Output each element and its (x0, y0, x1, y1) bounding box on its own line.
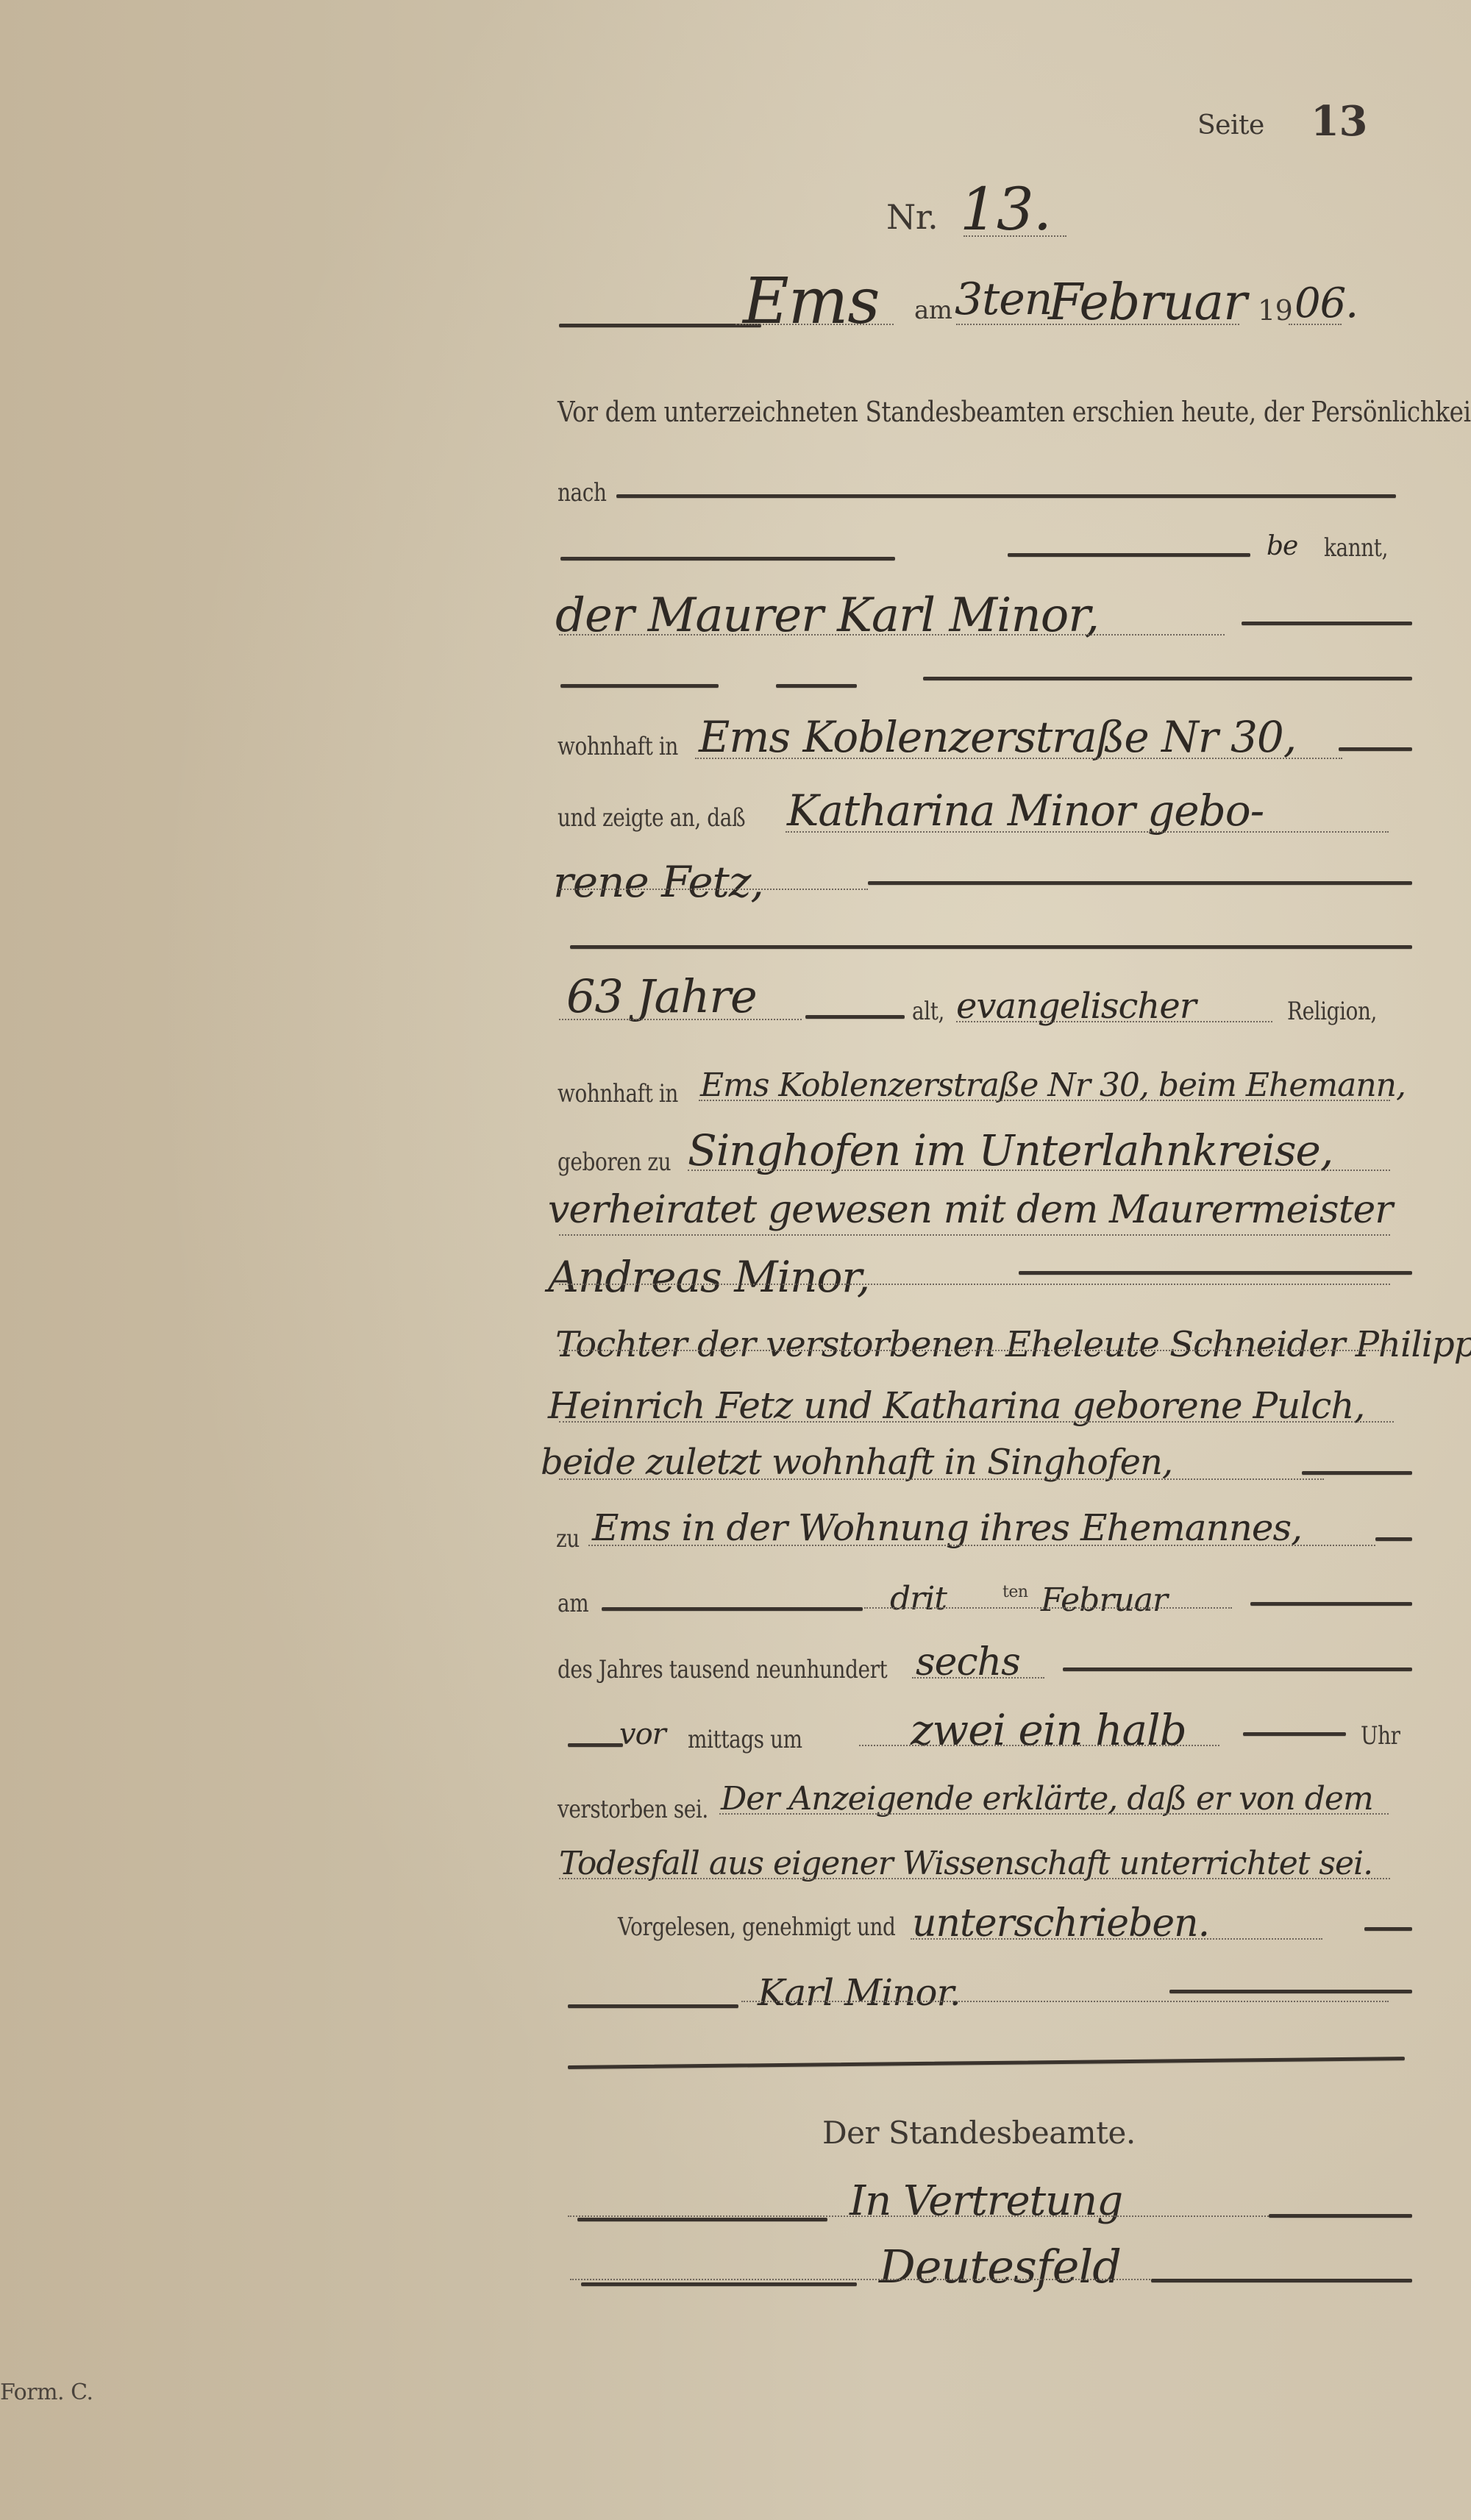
death-date-am-label: am (558, 1589, 588, 1618)
form-label: Form. C. (0, 2380, 93, 2405)
vorgelesen-label: Vorgelesen, genehmigt und (618, 1912, 895, 1942)
registrar-capacity: In Vertretung (850, 2177, 1122, 2225)
religion-field (956, 1021, 1272, 1022)
married-line1-field (559, 1234, 1390, 1236)
married-line1: verheiratet gewesen mit dem Maurermeiste… (548, 1188, 1392, 1232)
kannt-rule-right (1008, 553, 1250, 557)
married-line2-rule (1019, 1271, 1412, 1275)
deceased-name-line1: Katharina Minor gebo- (787, 786, 1264, 836)
vorgelesen-rule (1364, 1927, 1412, 1931)
informant-residence: Ems Koblenzerstraße Nr 30, (699, 712, 1296, 762)
informant-residence-field (695, 758, 1342, 759)
registrar-rule-right-2 (1151, 2279, 1412, 2282)
birthplace: Singhofen im Unterlahnkreise, (688, 1125, 1333, 1175)
geboren-label: geboren zu (558, 1147, 671, 1177)
death-place-zu-label: zu (556, 1524, 580, 1553)
deceased-name-line2-rule (868, 881, 1412, 885)
informant-signature-rule-right (1169, 1990, 1412, 1993)
death-year-label: des Jahres tausend neunhundert (558, 1655, 887, 1684)
blank-rule-1 (560, 684, 719, 688)
nach-label: nach (558, 478, 607, 508)
vorgelesen-field (911, 1938, 1322, 1940)
death-time: zwei ein halb (911, 1705, 1186, 1755)
deceased-residence: Ems Koblenzerstraße Nr 30, beim Ehemann, (700, 1067, 1406, 1104)
date-field (956, 324, 1239, 325)
ten-label: ten (1002, 1583, 1028, 1601)
deceased-name-line2-field (559, 889, 868, 890)
death-year-rule (1063, 1667, 1412, 1671)
registration-day: 3ten (955, 274, 1052, 325)
deceased-age: 63 Jahre (566, 969, 757, 1023)
parents-line3-field (559, 1478, 1324, 1480)
date-am-label: am (914, 296, 952, 325)
informant-rule (1242, 622, 1412, 625)
death-place: Ems in der Wohnung ihres Ehemannes, (592, 1506, 1302, 1549)
parents-line1-field (559, 1350, 1394, 1351)
deceased-residence-field (699, 1100, 1390, 1101)
registrar-signature: Deutesfeld (879, 2240, 1121, 2293)
parents-line3: beide zuletzt wohnhaft in Singhofen, (541, 1442, 1172, 1483)
kannt-label: kannt, (1324, 533, 1388, 563)
closing-rule (568, 2057, 1405, 2069)
blank-rule-4 (570, 945, 1412, 949)
verstorben-label: verstorben sei. (558, 1795, 708, 1824)
record-number-label: Nr. (886, 197, 938, 237)
death-date-rule-right (1250, 1602, 1412, 1606)
death-place-rule (1375, 1537, 1412, 1541)
registrar-rule-left-2 (581, 2282, 857, 2286)
death-day: drit (890, 1580, 947, 1617)
year-prefix: 19 (1258, 294, 1292, 327)
uhr-label: Uhr (1361, 1721, 1400, 1751)
married-line2: Andreas Minor, (548, 1252, 869, 1302)
statement-line1: Der Anzeigende erklärte, daß er von dem (721, 1780, 1373, 1818)
deceased-wohnhaft-label: wohnhaft in (558, 1079, 678, 1108)
deceased-name-line2: rene Fetz, (553, 857, 763, 907)
intro-text: Vor dem unterzeichneten Standesbeamten e… (558, 396, 1471, 428)
alt-label: alt, (912, 997, 944, 1026)
registrar-rule-right-1 (1269, 2214, 1412, 2218)
record-number-value: 13. (960, 175, 1051, 243)
religion-label: Religion, (1287, 997, 1377, 1026)
death-time-rule-left (568, 1743, 623, 1747)
death-date-field (864, 1607, 1232, 1609)
death-year-field (912, 1677, 1044, 1679)
informant-signature: Karl Minor. (758, 1971, 961, 2014)
statement-line2-field (559, 1878, 1390, 1879)
death-time-rule-right (1243, 1732, 1346, 1736)
statement-line2: Todesfall aus eigener Wissenschaft unter… (559, 1845, 1372, 1882)
year-suffix: 06. (1294, 280, 1358, 327)
informant-field (559, 634, 1225, 636)
birthplace-field (688, 1170, 1390, 1171)
death-time-prefix: vor (619, 1718, 666, 1751)
parents-line1: Tochter der verstorbenen Eheleute Schnei… (555, 1324, 1471, 1365)
parents-line3-rule (1302, 1471, 1412, 1475)
death-place-field (588, 1545, 1375, 1546)
registration-place: Ems (743, 265, 879, 338)
mittags-label: mittags um (688, 1725, 802, 1754)
place-field (735, 324, 894, 325)
deceased-name-field (786, 831, 1389, 833)
record-number-field (964, 235, 1066, 237)
registrar-rule-left-1 (577, 2218, 827, 2221)
page-number: 13 (1311, 97, 1367, 146)
parents-line2-field (559, 1421, 1394, 1423)
blank-rule-3 (923, 677, 1412, 680)
death-month: Februar (1041, 1581, 1167, 1619)
statement-line1-field (719, 1813, 1389, 1815)
year-field (1289, 324, 1342, 325)
place-rule (559, 324, 761, 327)
informant-wohnhaft-label: wohnhaft in (558, 732, 678, 761)
informant-residence-rule (1339, 747, 1412, 751)
nach-field[interactable] (616, 494, 1396, 498)
age-field (559, 1019, 802, 1020)
blank-rule-2 (776, 684, 857, 688)
death-date-rule-left (602, 1607, 863, 1611)
informant-signature-field (741, 2001, 1389, 2002)
informant-signature-rule-left (568, 2004, 738, 2008)
age-rule (805, 1015, 905, 1019)
registrar-title: Der Standesbeamte. (822, 2115, 1136, 2151)
zeigte-an-label: und zeigte an, daß (558, 803, 745, 833)
page-label: Seite (1197, 110, 1264, 140)
death-time-field (859, 1745, 1219, 1746)
kannt-handwritten: be (1267, 531, 1297, 561)
married-line2-field (559, 1284, 1390, 1285)
kannt-rule-left (560, 557, 895, 560)
